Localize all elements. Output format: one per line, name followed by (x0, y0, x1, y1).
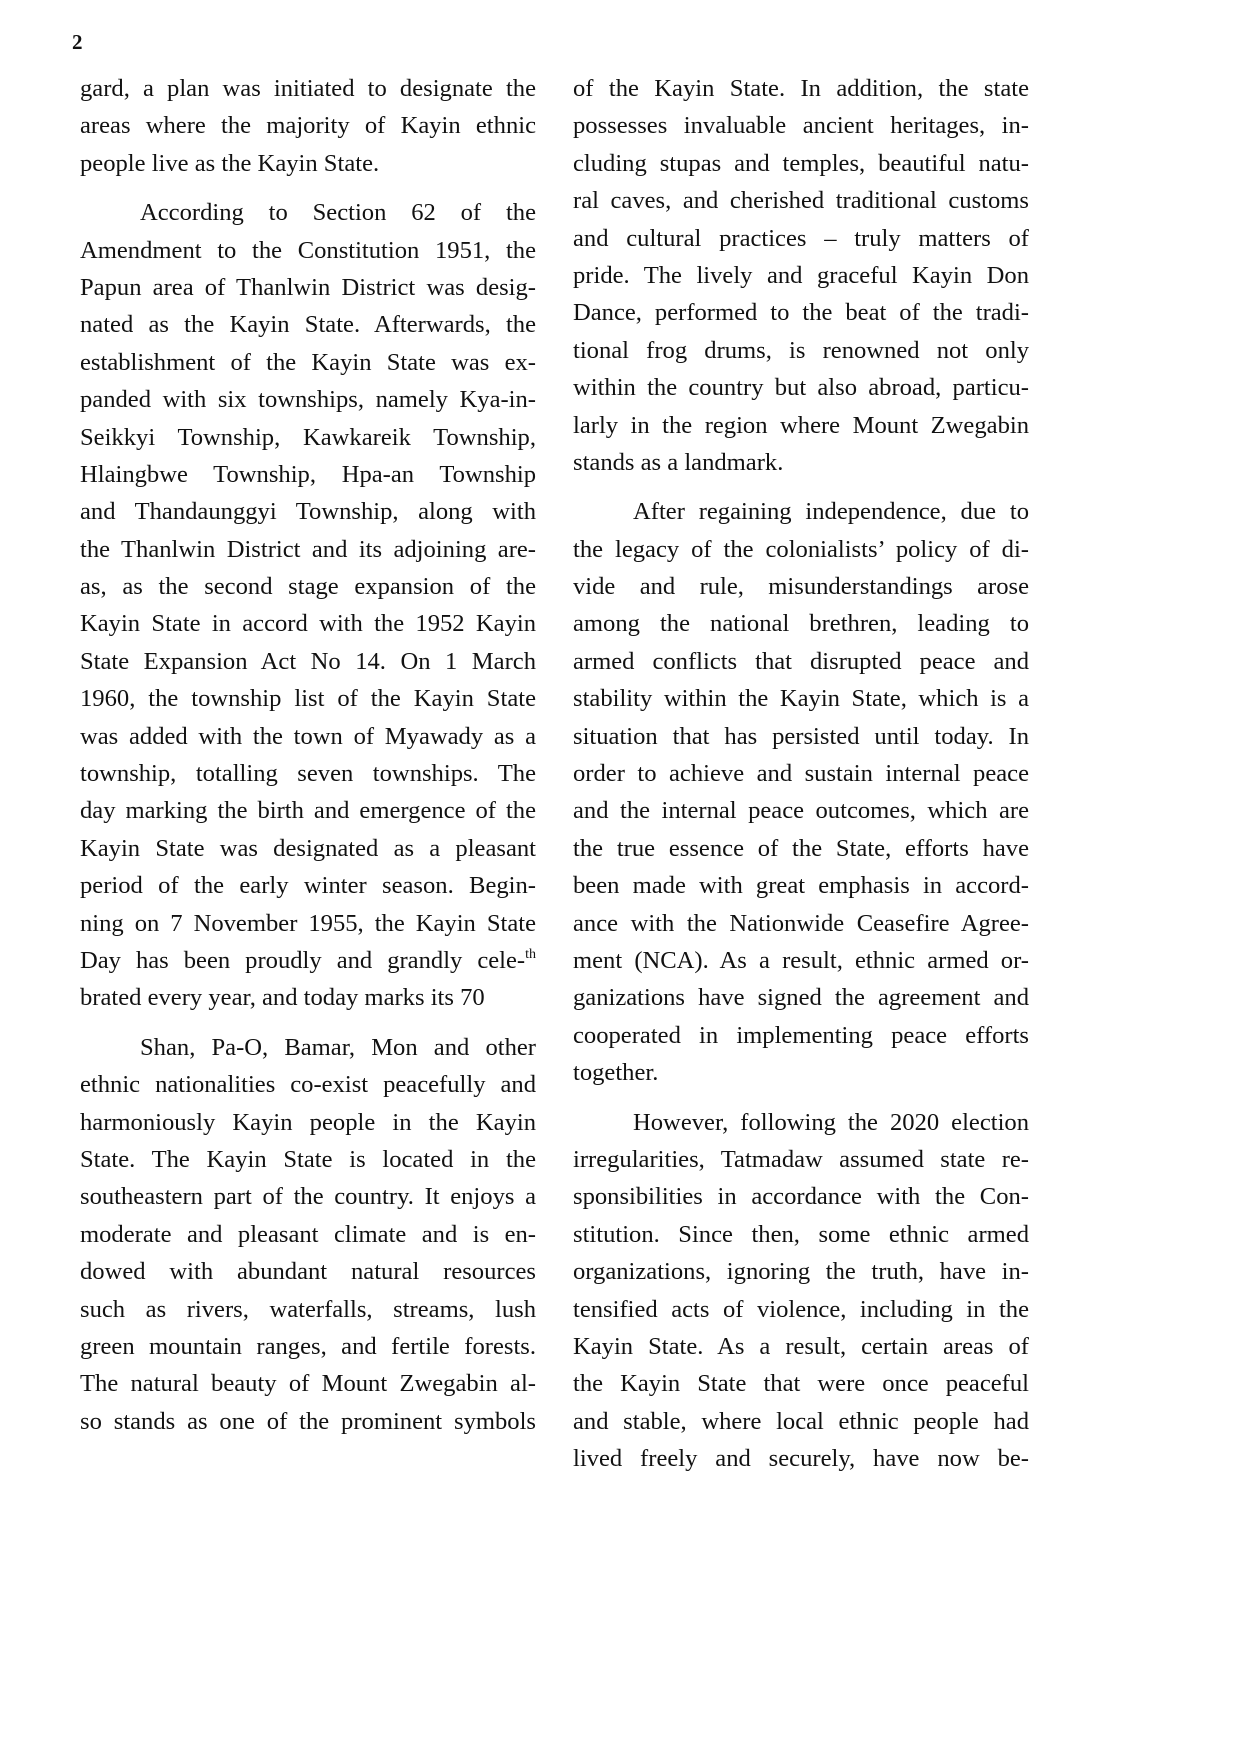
text-line: Kayin State was designated as a pleasant (80, 830, 536, 867)
text-line: was added with the town of Myawady as a (80, 718, 536, 755)
text-line: day marking the birth and emergence of t… (80, 792, 536, 829)
text-line: township, totalling seven townships. The (80, 755, 536, 792)
paragraph: of the Kayin State. In addition, the sta… (573, 70, 1029, 481)
text-line: possesses invaluable ancient heritages, … (573, 107, 1029, 144)
text-line: within the country but also abroad, part… (573, 369, 1029, 406)
paragraph: After regaining independence, due to the… (573, 493, 1029, 1091)
text-line: panded with six townships, namely Kya-in… (80, 381, 536, 418)
text-line: ment (NCA). As a result, ethnic armed or… (573, 942, 1029, 979)
text-line-content: Day has been proudly and grandly cele- (80, 947, 525, 974)
text-line: harmoniously Kayin people in the Kayin (80, 1104, 536, 1141)
text-line: period of the early winter season. Begin… (80, 867, 536, 904)
text-line: establishment of the Kayin State was ex- (80, 344, 536, 381)
text-line: cluding stupas and temples, beautiful na… (573, 145, 1029, 182)
text-line: stands as a landmark. (573, 444, 1029, 481)
text-line: stability within the Kayin State, which … (573, 680, 1029, 717)
text-line: Day has been proudly and grandly cele-th (80, 942, 536, 979)
text-line: gard, a plan was initiated to designate … (80, 70, 536, 107)
text-line: so stands as one of the prominent symbol… (80, 1403, 536, 1440)
paragraph: However, following the 2020 election irr… (573, 1104, 1029, 1478)
text-line: Kayin State. As a result, certain areas … (573, 1328, 1029, 1365)
text-line: organizations, ignoring the truth, have … (573, 1253, 1029, 1290)
text-line: order to achieve and sustain internal pe… (573, 755, 1029, 792)
text-line: Amendment to the Constitution 1951, the (80, 232, 536, 269)
text-line: vide and rule, misunderstandings arose (573, 568, 1029, 605)
text-line: areas where the majority of Kayin ethnic (80, 107, 536, 144)
text-line: However, following the 2020 election (573, 1104, 1029, 1141)
text-line: together. (573, 1054, 1029, 1091)
text-line: larly in the region where Mount Zwegabin (573, 407, 1029, 444)
page-number: 2 (72, 30, 83, 55)
text-line: among the national brethren, leading to (573, 605, 1029, 642)
left-column: gard, a plan was initiated to designate … (80, 70, 536, 1452)
text-line: dowed with abundant natural resources (80, 1253, 536, 1290)
text-line: After regaining independence, due to (573, 493, 1029, 530)
text-line: the legacy of the colonialists’ policy o… (573, 531, 1029, 568)
ordinal-superscript: th (525, 947, 536, 962)
text-line: sponsibilities in accordance with the Co… (573, 1178, 1029, 1215)
text-line: ganizations have signed the agreement an… (573, 979, 1029, 1016)
text-line: as, as the second stage expansion of the (80, 568, 536, 605)
text-line: the true essence of the State, efforts h… (573, 830, 1029, 867)
text-line: the Thanlwin District and its adjoining … (80, 531, 536, 568)
text-line: ethnic nationalities co-exist peacefully… (80, 1066, 536, 1103)
text-line: According to Section 62 of the (80, 194, 536, 231)
text-line: and Thandaunggyi Township, along with (80, 493, 536, 530)
text-line: State. The Kayin State is located in the (80, 1141, 536, 1178)
text-line: State Expansion Act No 14. On 1 March (80, 643, 536, 680)
text-line: brated every year, and today marks its 7… (80, 979, 536, 1016)
right-column: of the Kayin State. In addition, the sta… (573, 70, 1029, 1489)
text-line: Papun area of Thanlwin District was desi… (80, 269, 536, 306)
text-line: tensified acts of violence, including in… (573, 1291, 1029, 1328)
text-line: cooperated in implementing peace efforts (573, 1017, 1029, 1054)
text-line: and cultural practices – truly matters o… (573, 220, 1029, 257)
text-line: moderate and pleasant climate and is en- (80, 1216, 536, 1253)
text-line: and the internal peace outcomes, which a… (573, 792, 1029, 829)
text-line: such as rivers, waterfalls, streams, lus… (80, 1291, 536, 1328)
text-line: nated as the Kayin State. Afterwards, th… (80, 306, 536, 343)
text-line: southeastern part of the country. It enj… (80, 1178, 536, 1215)
text-line: Kayin State in accord with the 1952 Kayi… (80, 605, 536, 642)
text-line: lived freely and securely, have now be- (573, 1440, 1029, 1477)
paragraph: gard, a plan was initiated to designate … (80, 70, 536, 182)
text-line: ance with the Nationwide Ceasefire Agree… (573, 905, 1029, 942)
text-line: Hlaingbwe Township, Hpa-an Township (80, 456, 536, 493)
text-line: Shan, Pa-O, Bamar, Mon and other (80, 1029, 536, 1066)
text-line: been made with great emphasis in accord- (573, 867, 1029, 904)
text-line: stitution. Since then, some ethnic armed (573, 1216, 1029, 1253)
text-line: The natural beauty of Mount Zwegabin al- (80, 1365, 536, 1402)
text-line: irregularities, Tatmadaw assumed state r… (573, 1141, 1029, 1178)
text-line: and stable, where local ethnic people ha… (573, 1403, 1029, 1440)
text-line: people live as the Kayin State. (80, 145, 536, 182)
text-line: green mountain ranges, and fertile fores… (80, 1328, 536, 1365)
text-line: ning on 7 November 1955, the Kayin State (80, 905, 536, 942)
paragraph: According to Section 62 of the Amendment… (80, 194, 536, 1017)
text-line: situation that has persisted until today… (573, 718, 1029, 755)
text-line: Dance, performed to the beat of the trad… (573, 294, 1029, 331)
text-line: tional frog drums, is renowned not only (573, 332, 1029, 369)
text-line: armed conflicts that disrupted peace and (573, 643, 1029, 680)
text-line: 1960, the township list of the Kayin Sta… (80, 680, 536, 717)
text-line: Seikkyi Township, Kawkareik Township, (80, 419, 536, 456)
text-line: ral caves, and cherished traditional cus… (573, 182, 1029, 219)
text-line: pride. The lively and graceful Kayin Don (573, 257, 1029, 294)
text-line: the Kayin State that were once peaceful (573, 1365, 1029, 1402)
paragraph: Shan, Pa-O, Bamar, Mon and other ethnic … (80, 1029, 536, 1440)
text-line: of the Kayin State. In addition, the sta… (573, 70, 1029, 107)
